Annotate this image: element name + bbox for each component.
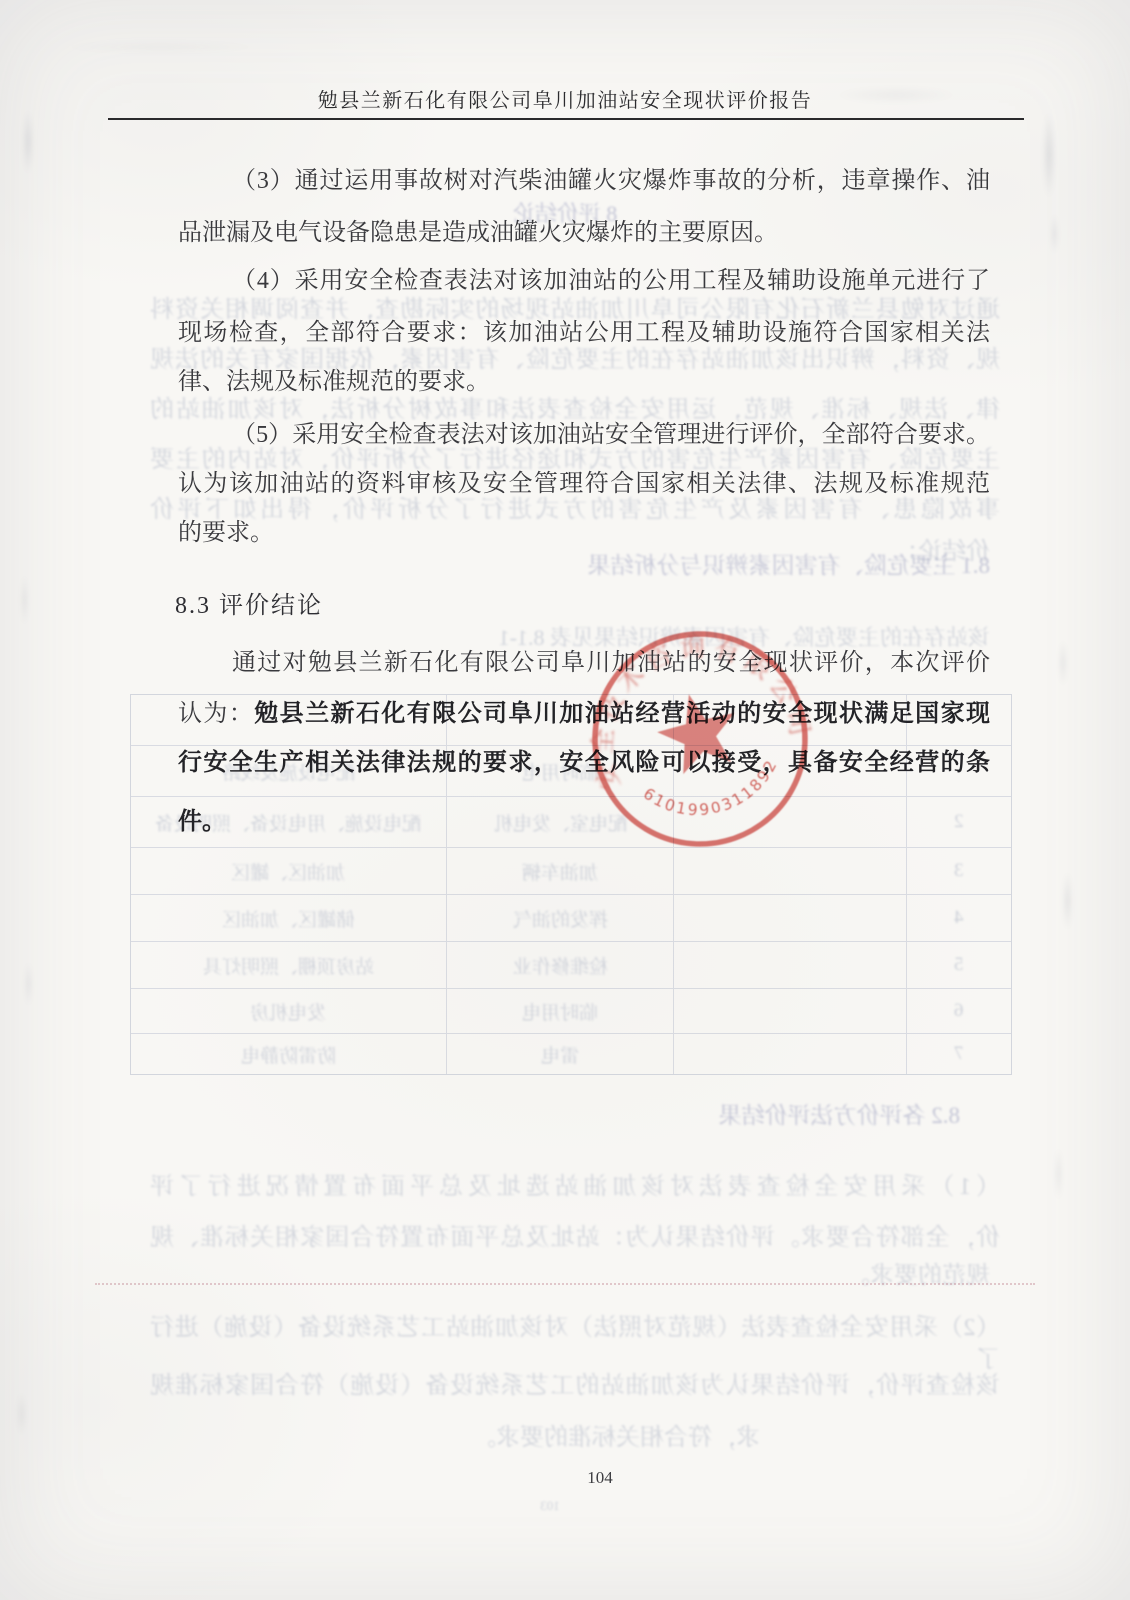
scan-smudge — [1062, 872, 1073, 930]
scan-smudge — [1050, 214, 1059, 254]
bleedthrough-cell-text: 站房顶棚、照明灯具 — [203, 952, 374, 979]
bleedthrough-rule — [95, 1283, 1035, 1285]
bleedthrough-table-cell: 检维修作业 — [446, 942, 674, 988]
body-line: （3）通过运用事故树对汽柴油罐火灾爆炸事故的分析，违章操作、油 — [178, 164, 990, 198]
bleedthrough-line: （2）采用安全检查表法（规范对照法）对该加油站工艺系统设备（设施）进行了 — [150, 1312, 1000, 1376]
bleedthrough-table-cell: 站房顶棚、照明灯具 — [131, 942, 446, 988]
scan-smudge — [1054, 1148, 1063, 1200]
body-line: （5）采用安全检查表法对该加油站安全管理进行评价，全部符合要求。 — [178, 418, 990, 452]
bleedthrough-cell-text: 加油车辆 — [522, 858, 598, 885]
bleedthrough-cell-text: 临时用电 — [522, 998, 598, 1025]
bleedthrough-cell-text: 防雷防静电 — [241, 1041, 336, 1068]
bleedthrough-cell-text: 储罐区、加油区 — [222, 905, 355, 932]
section-heading-8-3: 8.3 评价结论 — [175, 585, 323, 620]
bleedthrough-table-row: 储罐区、加油区挥发的油气4 — [131, 894, 1011, 941]
bleedthrough-table-cell: 加油区、罐区 — [131, 848, 446, 894]
bleedthrough-cell-text: 4 — [954, 907, 964, 929]
body-line: 的要求。 — [178, 516, 990, 550]
report-page: 勉县兰新石化有限公司阜川加油站安全现状评价报告 8 评价结论通过对勉县兰新石化有… — [0, 0, 1130, 1600]
body-line-lead: 认为： — [178, 701, 254, 727]
bleedthrough-cell-text: 挥发的油气 — [513, 905, 608, 932]
body-line: （4）采用安全检查表法对该加油站的公用工程及辅助设施单元进行了 — [178, 264, 990, 298]
bleedthrough-table-cell: 5 — [906, 942, 1011, 988]
bleedthrough-cell-text: 3 — [954, 860, 964, 882]
bleedthrough-table-row: 发电机房临时用电6 — [131, 988, 1011, 1033]
bleedthrough-line: 规范的要求。 — [700, 1260, 990, 1292]
scan-smudge — [1042, 112, 1056, 198]
bleedthrough-table-cell: 储罐区、加油区 — [131, 895, 446, 941]
page-header-title: 勉县兰新石化有限公司阜川加油站安全现状评价报告 — [0, 84, 1130, 113]
scan-smudge — [24, 962, 33, 1006]
bleedthrough-cell-text: 7 — [954, 1043, 964, 1065]
bleedthrough-table-row: 加油区、罐区加油车辆3 — [131, 847, 1011, 894]
scan-smudge — [22, 110, 34, 174]
body-line: 律、法规及标准规范的要求。 — [178, 365, 990, 399]
body-line: 现场检查，全部符合要求：该加油站公用工程及辅助设施符合国家相关法 — [178, 316, 990, 350]
bleedthrough-cell-text: 加油区、罐区 — [231, 858, 345, 885]
bleedthrough-table-cell — [673, 895, 906, 941]
page-number: 104 — [540, 1468, 660, 1488]
bleedthrough-cell-text: 检维修作业 — [513, 952, 608, 979]
bleedthrough-line: 价，全部符合要求。评价结果认为：站址及总平面布置符合国家相关标准、规 — [150, 1222, 1000, 1254]
bleedthrough-line: （1）采用安全检查表法对该加油站选址及总平面布置情况进行了评 — [150, 1171, 1000, 1203]
body-line: 件。 — [178, 805, 990, 839]
bleedthrough-table-cell — [673, 1034, 906, 1074]
bleedthrough-line: 103 — [500, 1490, 600, 1522]
scan-smudge — [1058, 640, 1068, 686]
bleedthrough-table-cell: 临时用电 — [446, 989, 674, 1033]
bleedthrough-cell-text: 雷电 — [541, 1041, 579, 1068]
bleedthrough-line: 8.2 各评价方法评价结果 — [400, 1100, 960, 1132]
bleedthrough-cell-text: 发电机房 — [250, 998, 326, 1025]
header-rule — [108, 118, 1024, 120]
bleedthrough-table-cell: 发电机房 — [131, 989, 446, 1033]
bleedthrough-table-cell — [673, 989, 906, 1033]
bleedthrough-cell-text: 5 — [954, 954, 964, 976]
bleedthrough-cell-text: 6 — [954, 1000, 964, 1022]
bleedthrough-table-cell: 6 — [906, 989, 1011, 1033]
bleedthrough-line: 该检查评价，评价结果认为该加油站的工艺系统设备（设施）符合国家标准规 — [150, 1370, 1000, 1402]
scan-smudge — [836, 86, 956, 104]
body-line: 认为该加油站的资料审核及安全管理符合国家相关法律、法规及标准规范 — [178, 467, 990, 501]
bleedthrough-table-row: 站房顶棚、照明灯具检维修作业5 — [131, 941, 1011, 988]
body-line: 品泄漏及电气设备隐患是造成油罐火灾爆炸的主要原因。 — [178, 216, 990, 250]
bleedthrough-table-cell: 3 — [906, 848, 1011, 894]
scan-smudge — [60, 40, 260, 54]
bleedthrough-line: 求，符合相关标准的要求。 — [430, 1422, 760, 1454]
seal-star-icon — [650, 685, 746, 778]
scan-smudge — [20, 575, 29, 625]
bleedthrough-table-cell: 防雷防静电 — [131, 1034, 446, 1074]
bleedthrough-table-cell: 挥发的油气 — [446, 895, 674, 941]
bleedthrough-table-cell: 4 — [906, 895, 1011, 941]
bleedthrough-table-row: 防雷防静电雷电7 — [131, 1033, 1011, 1074]
bleedthrough-line: 8.1 主要危险、有害因素辨识与分析结果 — [140, 550, 990, 582]
bleedthrough-table-cell: 雷电 — [446, 1034, 674, 1074]
scan-smudge — [16, 1392, 27, 1436]
bleedthrough-table-cell — [673, 942, 906, 988]
bleedthrough-table-cell: 7 — [906, 1034, 1011, 1074]
